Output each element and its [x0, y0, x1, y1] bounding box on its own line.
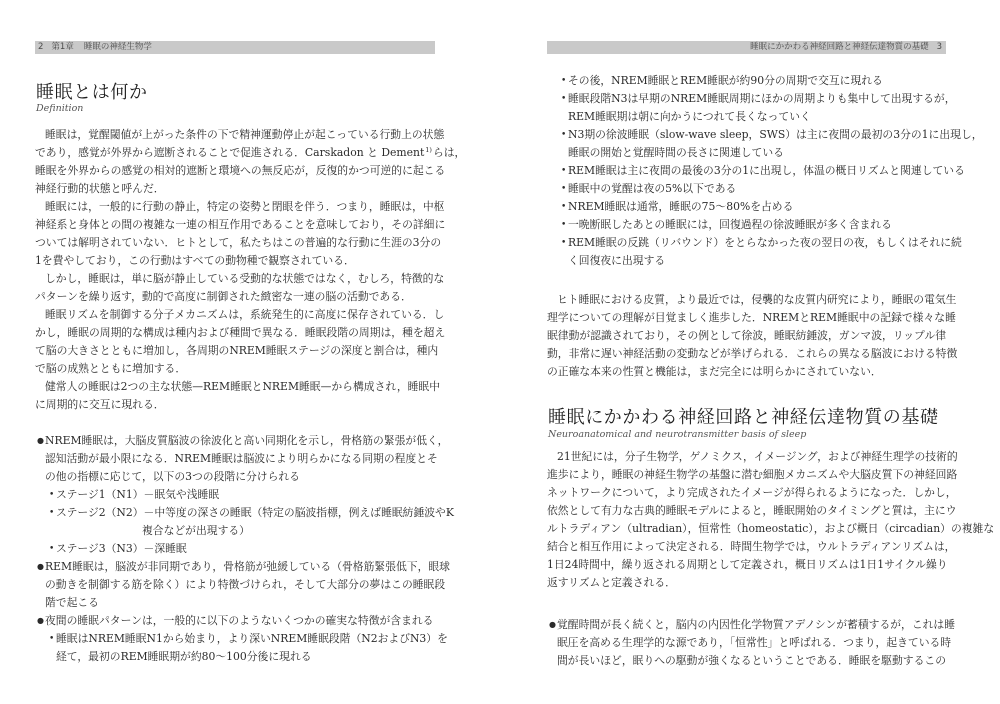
text-line: 睡眠の開始と覚醒時間の長さに関連している [568, 144, 946, 162]
text-line: ネットワークについて，より完成されたイメージが得られるようになった．しかし， [547, 484, 946, 502]
text-span: らは， [433, 146, 465, 159]
section-running-title: 睡眠にかかわる神経回路と神経伝達物質の基礎 [750, 41, 929, 54]
sub-bullet-icon: • [49, 486, 54, 504]
text-line: 依然として有力な古典的睡眠モデルによると，睡眠開始のタイミングと質は，主にウ [547, 502, 946, 520]
sub-bullet-list: • その後，NREM睡眠とREM睡眠が約90分の周期で交互に現れる • 睡眠段階… [547, 72, 946, 270]
text-line: しかし，睡眠は，単に脳が静止している受動的な状態ではなく，むしろ，特徴的な [35, 270, 437, 288]
text-line: 睡眠はNREM睡眠N1から始まり，より深いNREM睡眠段階（N2およびN3）を [56, 630, 437, 648]
text-line: 経て，最初のREM睡眠期が約80～100分後に現れる [56, 648, 437, 666]
bullet-list: ● NREM睡眠は，大脳皮質脳波の徐波化と高い同期化を示し，骨格筋の緊張が低く，… [35, 432, 437, 666]
text-line: 進歩により，睡眠の神経生物学の基盤に潜む細胞メカニズムや大脳皮質下の神経回路 [547, 466, 946, 484]
section-title: 睡眠にかかわる神経回路と神経伝達物質の基礎 [548, 407, 939, 429]
text-line: の他の指標に応じて，以下の3つの段階に分けられる [45, 468, 437, 486]
text-line: ステージ3（N3）－深睡眠 [56, 540, 437, 558]
sub-bullet-icon: • [49, 504, 54, 522]
text-line: 理学についての理解が目覚ましく進歩した．NREMとREM睡眠中の記録で様々な睡 [547, 309, 946, 327]
text-line: であり，感覚が外界から遮断されることで促進される．Carskadon と Dem… [35, 144, 437, 162]
chapter-label: 第1章 [51, 41, 73, 54]
text-line: 1日24時間中，繰り返される周期として定義され，概日リズムは1日1サイクル繰り [547, 556, 946, 574]
sub-bullet-icon: • [561, 90, 566, 108]
text-line: 眠律動が認識されており，その例として徐波，睡眠紡錘波，ガンマ波，リップル律 [547, 327, 946, 345]
sub-bullet-item: • REM睡眠の反跳（リバウンド）をとらなかった夜の翌日の夜，もしくはそれに続 … [547, 234, 946, 270]
sub-bullet-item: • その後，NREM睡眠とREM睡眠が約90分の周期で交互に現れる [547, 72, 946, 90]
text-line: ヒト睡眠における皮質，より最近では，侵襲的な皮質内研究により，睡眠の電気生 [547, 291, 946, 309]
sub-bullet-icon: • [561, 198, 566, 216]
paragraph: ヒト睡眠における皮質，より最近では，侵襲的な皮質内研究により，睡眠の電気生 理学… [547, 291, 946, 381]
text-span: であり，感覚が外界から遮断されることで促進される．Carskadon と Dem… [35, 146, 424, 159]
bullet-item: ● 覚醒時間が長く続くと，脳内の内因性化学物質アデノシンが蓄積するが，これは睡 … [547, 616, 946, 670]
text-line: ルトラディアン（ultradian），恒常性（homeostatic），および概… [547, 520, 946, 538]
sub-bullet-icon: • [561, 162, 566, 180]
bullet-list: ● 覚醒時間が長く続くと，脳内の内因性化学物質アデノシンが蓄積するが，これは睡 … [547, 616, 946, 670]
paragraph: 睡眠は，覚醒閾値が上がった条件の下で精神運動停止が起こっている行動上の状態 であ… [35, 126, 437, 198]
text-line: 階で起こる [45, 594, 437, 612]
text-line: NREM睡眠は，大脳皮質脳波の徐波化と高い同期化を示し，骨格筋の緊張が低く， [45, 432, 437, 450]
text-line: 睡眠には，一般的に行動の静止，特定の姿勢と閉眼を伴う．つまり，睡眠は，中枢 [35, 198, 437, 216]
text-line: 健常人の睡眠は2つの主な状態—REM睡眠とNREM睡眠—から構成され，睡眠中 [35, 378, 437, 396]
sub-bullet-icon: • [49, 540, 54, 558]
page-number: 2 [38, 41, 43, 54]
text-line: ステージ2（N2）－中等度の深さの睡眠（特定の脳波指標，例えば睡眠紡錘波やK [56, 504, 437, 522]
citation-superscript: 1) [425, 146, 432, 154]
text-line: 認知活動が最小限になる．NREM睡眠は脳波により明らかになる同期の程度とそ [45, 450, 437, 468]
sub-bullet-item: • ステージ3（N3）－深睡眠 [35, 540, 437, 558]
text-line: REM睡眠は主に夜間の最後の3分の1に出現し，体温の概日リズムと関連している [568, 162, 946, 180]
text-line: 返すリズムと定義される． [547, 574, 946, 592]
bullet-icon: ● [37, 432, 44, 450]
bullet-item: ● 夜間の睡眠パターンは，一般的に以下のようないくつかの確実な特徴が含まれる [35, 612, 437, 630]
bullet-icon: ● [549, 616, 556, 634]
text-line: 眠圧を高める生理学的な源であり，「恒常性」と呼ばれる．つまり，起きている時 [557, 634, 946, 652]
text-line: 21世紀には，分子生物学，ゲノミクス，イメージング，および神経生理学の技術的 [547, 448, 946, 466]
running-header-right: 睡眠にかかわる神経回路と神経伝達物質の基礎3 [547, 41, 946, 54]
text-line: NREM睡眠は通常，睡眠の75～80%を占める [568, 198, 946, 216]
text-line: REM睡眠期は朝に向かうにつれて長くなっていく [568, 108, 946, 126]
text-line: 睡眠段階N3は早期のNREM睡眠周期にほかの周期よりも集中して出現するが， [568, 90, 946, 108]
sub-bullet-item: • N3期の徐波睡眠（slow-wave sleep，SWS）は主に夜間の最初の… [547, 126, 946, 162]
text-line: に周期的に交互に現れる． [35, 396, 437, 414]
text-line: ステージ1（N1）－眠気や浅睡眠 [56, 486, 437, 504]
text-line: 結合と相互作用によって決定される．時間生物学では，ウルトラディアンリズムは， [547, 538, 946, 556]
text-line: 覚醒時間が長く続くと，脳内の内因性化学物質アデノシンが蓄積するが，これは睡 [557, 616, 946, 634]
bullet-icon: ● [37, 612, 44, 630]
text-line: かし，睡眠の周期的な構成は種内および種間で異なる．睡眠段階の周期は，種を超え [35, 324, 437, 342]
text-line: REM睡眠の反跳（リバウンド）をとらなかった夜の翌日の夜，もしくはそれに続 [568, 234, 946, 252]
sub-bullet-icon: • [561, 216, 566, 234]
paragraph: 21世紀には，分子生物学，ゲノミクス，イメージング，および神経生理学の技術的 進… [547, 448, 946, 592]
page-number: 3 [937, 41, 942, 54]
section-subtitle: Neuroanatomical and neurotransmitter bas… [548, 429, 806, 441]
text-line: 夜間の睡眠パターンは，一般的に以下のようないくつかの確実な特徴が含まれる [45, 612, 437, 630]
sub-bullet-item: • 睡眠中の覚醒は夜の5%以下である [547, 180, 946, 198]
text-line: パターンを繰り返す，動的で高度に制御された緻密な一連の脳の活動である． [35, 288, 437, 306]
bullet-icon: ● [37, 558, 44, 576]
text-line: ついては解明されていない．ヒトとして，私たちはこの普遍的な行動に生涯の3分の [35, 234, 437, 252]
bullet-item: ● NREM睡眠は，大脳皮質脳波の徐波化と高い同期化を示し，骨格筋の緊張が低く，… [35, 432, 437, 486]
chapter-title: 睡眠の神経生物学 [84, 41, 152, 54]
running-header-left: 2第1章睡眠の神経生物学 [35, 41, 435, 54]
text-line: の動きを制御する筋を除く）により特徴づけられ，そして大部分の夢はこの睡眠段 [45, 576, 437, 594]
text-line: 複合などが出現する） [56, 522, 437, 540]
text-line: 睡眠を外界からの感覚の相対的遮断と環境への無反応が，反復的かつ可逆的に起こる [35, 162, 437, 180]
section-title: 睡眠とは何か [36, 82, 148, 104]
text-line: く回復夜に出現する [568, 252, 946, 270]
text-line: 神経系と身体との間の複雑な一連の相互作用であることを意味しており，その詳細に [35, 216, 437, 234]
text-line: 一晩断眠したあとの睡眠には，回復過程の徐波睡眠が多く含まれる [568, 216, 946, 234]
sub-bullet-item: • 睡眠段階N3は早期のNREM睡眠周期にほかの周期よりも集中して出現するが， … [547, 90, 946, 126]
text-line: REM睡眠は，脳波が非同期であり，骨格筋が弛緩している（骨格筋緊張低下，眼球 [45, 558, 437, 576]
sub-bullet-item: • NREM睡眠は通常，睡眠の75～80%を占める [547, 198, 946, 216]
sub-bullet-item: • ステージ1（N1）－眠気や浅睡眠 [35, 486, 437, 504]
text-line: N3期の徐波睡眠（slow-wave sleep，SWS）は主に夜間の最初の3分… [568, 126, 946, 144]
text-line: 動，非常に遅い神経活動の変動などが挙げられる．これらの異なる脳波における特徴 [547, 345, 946, 363]
text-line: 睡眠は，覚醒閾値が上がった条件の下で精神運動停止が起こっている行動上の状態 [35, 126, 437, 144]
text-line: 間が長いほど，眠りへの駆動が強くなるということである．睡眠を駆動するこの [557, 652, 946, 670]
sub-bullet-icon: • [561, 72, 566, 90]
text-line: で脳の成熟とともに増加する． [35, 360, 437, 378]
text-line: て脳の大きさとともに増加し，各周期のNREM睡眠ステージの深度と割合は，種内 [35, 342, 437, 360]
text-line: 睡眠リズムを制御する分子メカニズムは，系統発生的に高度に保存されている．し [35, 306, 437, 324]
section-subtitle: Definition [36, 103, 83, 115]
text-line: の正確な本来の性質と機能は，まだ完全には明らかにされていない． [547, 363, 946, 381]
paragraph: 健常人の睡眠は2つの主な状態—REM睡眠とNREM睡眠—から構成され，睡眠中 に… [35, 378, 437, 414]
paragraph: 睡眠リズムを制御する分子メカニズムは，系統発生的に高度に保存されている．し かし… [35, 306, 437, 378]
sub-bullet-icon: • [561, 126, 566, 144]
text-line: その後，NREM睡眠とREM睡眠が約90分の周期で交互に現れる [568, 72, 946, 90]
sub-bullet-icon: • [561, 180, 566, 198]
bullet-item: ● REM睡眠は，脳波が非同期であり，骨格筋が弛緩している（骨格筋緊張低下，眼球… [35, 558, 437, 612]
sub-bullet-icon: • [49, 630, 54, 648]
text-line: 睡眠中の覚醒は夜の5%以下である [568, 180, 946, 198]
left-page: 2第1章睡眠の神経生物学 睡眠とは何か Definition 睡眠は，覚醒閾値が… [35, 0, 437, 704]
sub-bullet-item: • ステージ2（N2）－中等度の深さの睡眠（特定の脳波指標，例えば睡眠紡錘波やK… [35, 504, 437, 540]
sub-bullet-icon: • [561, 234, 566, 252]
text-line: 1を費やしており，この行動はすべての動物種で観察されている． [35, 252, 437, 270]
text-line: 神経行動的状態と呼んだ． [35, 180, 437, 198]
right-page: 睡眠にかかわる神経回路と神経伝達物質の基礎3 • その後，NREM睡眠とREM睡… [547, 0, 946, 704]
sub-bullet-item: • 睡眠はNREM睡眠N1から始まり，より深いNREM睡眠段階（N2およびN3）… [35, 630, 437, 666]
paragraph: 睡眠には，一般的に行動の静止，特定の姿勢と閉眼を伴う．つまり，睡眠は，中枢 神経… [35, 198, 437, 270]
sub-bullet-item: • 一晩断眠したあとの睡眠には，回復過程の徐波睡眠が多く含まれる [547, 216, 946, 234]
sub-bullet-item: • REM睡眠は主に夜間の最後の3分の1に出現し，体温の概日リズムと関連している [547, 162, 946, 180]
paragraph: しかし，睡眠は，単に脳が静止している受動的な状態ではなく，むしろ，特徴的な パタ… [35, 270, 437, 306]
